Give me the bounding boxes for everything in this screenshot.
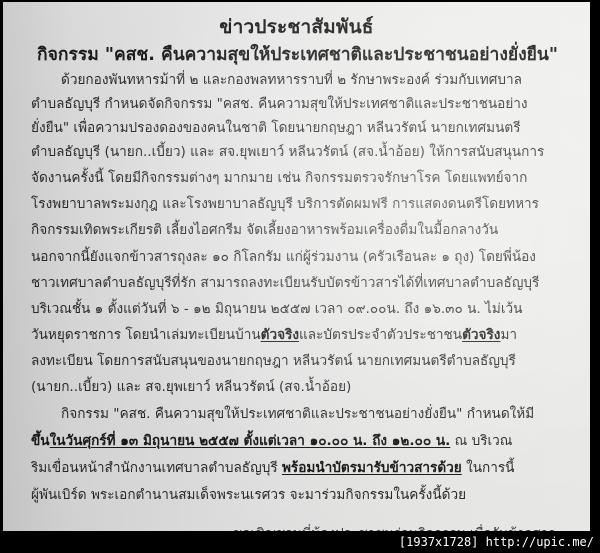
body-line-4: ตำบลธัญบุรี (นายก..เบี้ยว) และ สจ.ยุพเยา… — [31, 140, 544, 162]
document-subtitle: กิจกรรม "คสช. คืนความสุขให้ประเทศชาติและ… — [37, 40, 590, 68]
body-line-11: วันหยุดราชการ โดยนำเล่มทะเบียนบ้านตัวจริ… — [31, 323, 517, 345]
emphasis-bring-rice-card: พร้อมนำบัตรมารับข้าวสารด้วย — [282, 460, 462, 476]
press-release-paper: ข่าวประชาสัมพันธ์ กิจกรรม "คสช. คืนความส… — [3, 2, 590, 531]
line-15-text-a: ขึ้น — [31, 433, 50, 449]
line-11-text-b: และบัตรประจำตัวประชาชน — [299, 327, 462, 343]
line-11-text-a: วันหยุดราชการ โดยนำเล่มทะเบียนบ้าน — [31, 327, 261, 343]
body-line-17: ผู้พันเบิร์ด พระเอกตำนานสมเด็จพระนเรศวร … — [31, 483, 466, 505]
document-photo: ข่าวประชาสัมพันธ์ กิจกรรม "คสช. คืนความส… — [0, 0, 600, 532]
cropped-bottom-text: ขอเชิญชวนพี่น้องประชาชนร่วมกิจกรรม เพื่อ… — [233, 526, 555, 531]
emphasis-original-house-registration: ตัวจริง — [261, 327, 299, 343]
line-11-text-c: มา — [500, 327, 517, 343]
body-line-6: โรงพยาบาลพระมงกุฎ และโรงพยาบาลธัญบุรี บร… — [31, 192, 539, 214]
body-line-1: ด้วยกองพันทหารม้าที่ ๒ และกองพลทหารราบที… — [61, 68, 522, 90]
body-line-7: กิจกรรมเทิดพระเกียรติ เลี้ยงไอศกรีม จัดเ… — [31, 218, 498, 240]
body-line-9: ชาวเทศบาลตำบลธัญบุรีที่รัก สามารถลงทะเบี… — [31, 271, 539, 293]
body-line-12: ลงทะเบียน โดยการสนับสนุนของนายกฤษฎา หลีน… — [31, 349, 516, 371]
line-15-text-b: ณ บริเวณ — [450, 433, 512, 449]
line-16-text-b: ในการนี้ — [462, 460, 515, 476]
body-line-15: ขึ้นในวันศุกร์ที่ ๑๓ มิถุนายน ๒๕๕๗ ตั้งแ… — [31, 429, 512, 451]
image-host-footer: [1937x1728] http://upic.me/ — [0, 532, 600, 553]
emphasis-original-id-card: ตัวจริง — [462, 327, 500, 343]
upic-watermark: [1937x1728] http://upic.me/ — [399, 535, 594, 549]
body-line-2: ตำบลธัญบุรี กำหนดจัดกิจกรรม "คสช. คืนควา… — [31, 92, 528, 114]
body-line-8: นอกจากนี้ยังแจกข้าวสารถุงละ ๑๐ กิโลกรัม … — [31, 245, 536, 267]
body-line-13: (นายก..เบี้ยว) และ สจ.ยุพเยาว์ หลีนวรัตน… — [31, 375, 351, 397]
line-16-text-a: ริมเขื่อนหน้าสำนักงานเทศบาลตำบลธัญบุรี — [31, 460, 282, 476]
cropped-bottom-line: ขอเชิญชวนพี่น้องประชาชนร่วมกิจกรรม เพื่อ… — [233, 522, 573, 531]
body-line-3: ยั่งยืน" เพื่อความปรองดองของคนในชาติ โดย… — [31, 116, 521, 138]
body-line-5: จัดงานครั้งนี้ โดยมีกิจกรรมต่างๆ มากมาย … — [31, 166, 527, 188]
document-title: ข่าวประชาสัมพันธ์ — [3, 12, 590, 42]
body-line-16: ริมเขื่อนหน้าสำนักงานเทศบาลตำบลธัญบุรี พ… — [31, 456, 514, 478]
body-line-10: บริเวณชั้น ๑ ตั้งแต่วันที่ ๖ - ๑๒ มิถุนา… — [31, 297, 522, 319]
body-line-14: กิจกรรม "คสช. คืนความสุขให้ประเทศชาติและ… — [61, 402, 534, 424]
event-date-time: ในวันศุกร์ที่ ๑๓ มิถุนายน ๒๕๕๗ ตั้งแต่เว… — [50, 433, 451, 449]
